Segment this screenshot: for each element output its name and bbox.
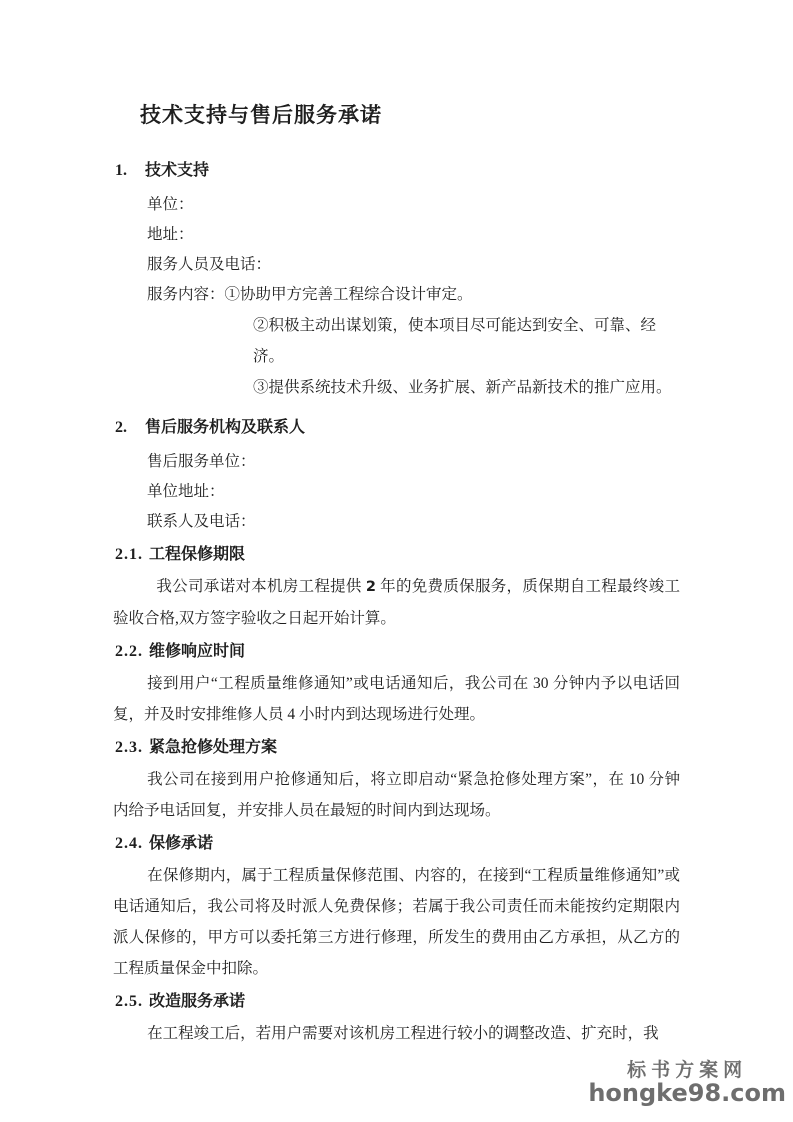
section-2-3-number: 2.3. [115,734,149,761]
section-2-4-number: 2.4. [115,830,149,857]
field-service-content: 服务内容：①协助甲方完善工程综合设计审定。 [147,280,680,310]
paragraph-warranty-commitment: 在保修期内，属于工程质量保修范围、内容的，在接到“工程质量维修通知”或电话通知后… [113,860,680,984]
service-item-3: ③提供系统技术升级、业务扩展、新产品新技术的推广应用。 [253,372,680,403]
section-2-5-number: 2.5. [115,988,149,1015]
section-2-5-heading: 2.5.改造服务承诺 [115,988,680,1015]
section-gap [113,403,680,415]
paragraph-warranty-period: 我公司承诺对本机房工程提供 2 年的免费质保服务，质保期自工程最终竣工验收合格,… [113,571,680,634]
field-unit-address: 单位地址： [147,477,680,507]
section-2-4-title: 保修承诺 [149,835,213,852]
service-item-2: ②积极主动出谋划策，使本项目尽可能达到安全、可靠、经济。 [253,310,680,372]
section-2-3-title: 紧急抢修处理方案 [149,739,277,756]
paragraph-response-time: 接到用户“工程质量维修通知”或电话通知后，我公司在 30 分钟内予以电话回复，并… [113,668,680,730]
section-2-5-title: 改造服务承诺 [149,993,245,1010]
field-aftersales-unit: 售后服务单位： [147,447,680,477]
section-1-heading: 1.技术支持 [115,158,680,183]
section-2-number: 2. [115,415,145,440]
document-page: 技术支持与售后服务承诺 1.技术支持 单位： 地址： 服务人员及电话： 服务内容… [0,0,793,1122]
section-2-3-heading: 2.3.紧急抢修处理方案 [115,734,680,761]
section-2-1-number: 2.1. [115,541,149,568]
service-item-1: ①协助甲方完善工程综合设计审定。 [225,286,473,303]
document-body: 技术支持与售后服务承诺 1.技术支持 单位： 地址： 服务人员及电话： 服务内容… [113,102,680,1053]
section-2-2-number: 2.2. [115,638,149,665]
paragraph-emergency-repair: 我公司在接到用户抢修通知后，将立即启动“紧急抢修处理方案”，在 10 分钟内给予… [113,764,680,826]
paragraph-renovation-service: 在工程竣工后，若用户需要对该机房工程进行较小的调整改造、扩充时，我 [113,1018,680,1049]
watermark-domain: hongke98.com [588,1081,786,1106]
service-content-label: 服务内容： [147,286,225,303]
section-2-2-heading: 2.2.维修响应时间 [115,638,680,665]
warranty-text-before: 我公司承诺对本机房工程提供 [156,578,366,595]
field-unit: 单位： [147,190,680,220]
section-1-title: 技术支持 [145,162,209,179]
field-service-staff-phone: 服务人员及电话： [147,250,680,280]
field-contact-phone: 联系人及电话： [147,507,680,537]
watermark-logo: 标书方案网 hongke98.com [588,1060,786,1106]
warranty-years-bold: 2 [366,579,376,595]
field-address: 地址： [147,220,680,250]
section-2-1-heading: 2.1.工程保修期限 [115,541,680,568]
section-2-4-heading: 2.4.保修承诺 [115,830,680,857]
section-1-number: 1. [115,158,145,183]
section-2-1-title: 工程保修期限 [149,546,245,563]
watermark-site-name: 标书方案网 [588,1060,786,1081]
section-2-title: 售后服务机构及联系人 [145,419,305,436]
section-2-2-title: 维修响应时间 [149,643,245,660]
document-title: 技术支持与售后服务承诺 [140,102,680,128]
section-2-heading: 2.售后服务机构及联系人 [115,415,680,440]
